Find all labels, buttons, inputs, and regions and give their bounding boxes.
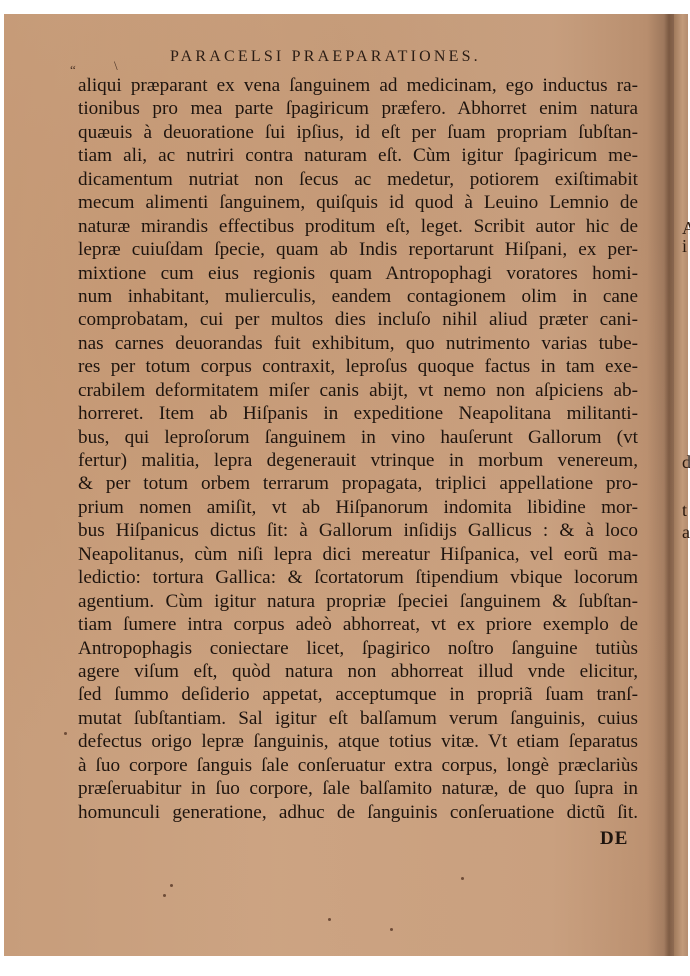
text-line: lepræ cuiuſdam ſpecie, quam ab Indis rep…	[78, 238, 638, 261]
text-line: defectus origo lepræ ſanguinis, atque to…	[78, 730, 638, 753]
text-line: horreret. Item ab Hiſpanis in expedition…	[78, 402, 638, 425]
text-line: agere viſum eſt, quòd natura non abhorre…	[78, 660, 638, 683]
text-line: præſeruabitur in ſuo corpore, ſale balſa…	[78, 777, 638, 800]
next-page-glyph: a	[682, 522, 690, 543]
text-line: homunculi generatione, adhuc de ſanguini…	[78, 801, 638, 824]
paper-speck	[170, 884, 173, 887]
paper-speck	[64, 732, 67, 735]
text-line: dicamentum nutriat non ſecus ac medetur,…	[78, 168, 638, 191]
text-line: quæuis à deuoratione ſui ipſius, id eſt …	[78, 121, 638, 144]
text-line: ledictio: tortura Gallica: & ſcortatorum…	[78, 566, 638, 589]
margin-mark: \	[114, 58, 118, 74]
text-line: crabilem deformitatem miſer canis abijt,…	[78, 379, 638, 402]
next-page-glyph: t	[682, 500, 687, 521]
text-line: mixtione cum eius regionis quam Antropop…	[78, 262, 638, 285]
text-line: tiam ali, ac nutriri contra naturam eſt.…	[78, 144, 638, 167]
text-line: ſed ſummo deſiderio appetat, acceptumque…	[78, 683, 638, 706]
text-line: res per totum corpus contraxit, leproſus…	[78, 355, 638, 378]
text-line: tionibus pro mea parte ſpagiricum præfer…	[78, 97, 638, 120]
text-line: aliqui præparant ex vena ſanguinem ad me…	[78, 74, 638, 97]
paper-speck	[461, 877, 464, 880]
next-page-glyph: i	[682, 236, 687, 257]
text-line: nas carnes deuorandas fuit exhibitum, qu…	[78, 332, 638, 355]
text-line: bus, qui leproſorum ſanguinem in vino ha…	[78, 426, 638, 449]
paper-speck	[328, 918, 331, 921]
body-text: aliqui præparant ex vena ſanguinem ad me…	[78, 74, 638, 824]
text-line: Neapolitanus, cùm niſi lepra dici mereat…	[78, 543, 638, 566]
paper-speck	[163, 894, 166, 897]
text-line: à ſuo corpore ſanguis ſale conſeruatur e…	[78, 754, 638, 777]
catchword: DE	[600, 828, 628, 850]
text-line: num inhabitant, mulierculis, eandem cont…	[78, 285, 638, 308]
text-line: tiam ſumere intra corpus adeò abhorreat,…	[78, 613, 638, 636]
text-line: naturæ mirandis effectibus proditum eſt,…	[78, 215, 638, 238]
text-line: agentium. Cùm igitur natura propriæ ſpec…	[78, 590, 638, 613]
text-line: bus Hiſpanicus dictus ſit: à Gallorum in…	[78, 519, 638, 542]
margin-mark: “	[70, 62, 76, 78]
text-line: Antropophagis coniectare licet, ſpagiric…	[78, 637, 638, 660]
next-page-edge	[674, 14, 688, 956]
text-line: prium nomen amiſit, vt ab Hiſpanorum ind…	[78, 496, 638, 519]
text-line: mutat ſubſtantiam. Sal igitur eſt balſam…	[78, 707, 638, 730]
next-page-glyph: d	[682, 452, 690, 473]
text-line: fertur) malitia, lepra degenerauit vtrin…	[78, 449, 638, 472]
text-line: mecum alimenti ſanguinem, quiſquis id qu…	[78, 191, 638, 214]
paper-speck	[390, 928, 393, 931]
text-line: & per totum orbem terrarum propagata, tr…	[78, 472, 638, 495]
running-head: PARACELSI PRAEPARATIONES.	[170, 48, 481, 66]
text-line: comprobatam, cui per multos dies incluſo…	[78, 308, 638, 331]
page-fold-shadow	[664, 14, 674, 956]
